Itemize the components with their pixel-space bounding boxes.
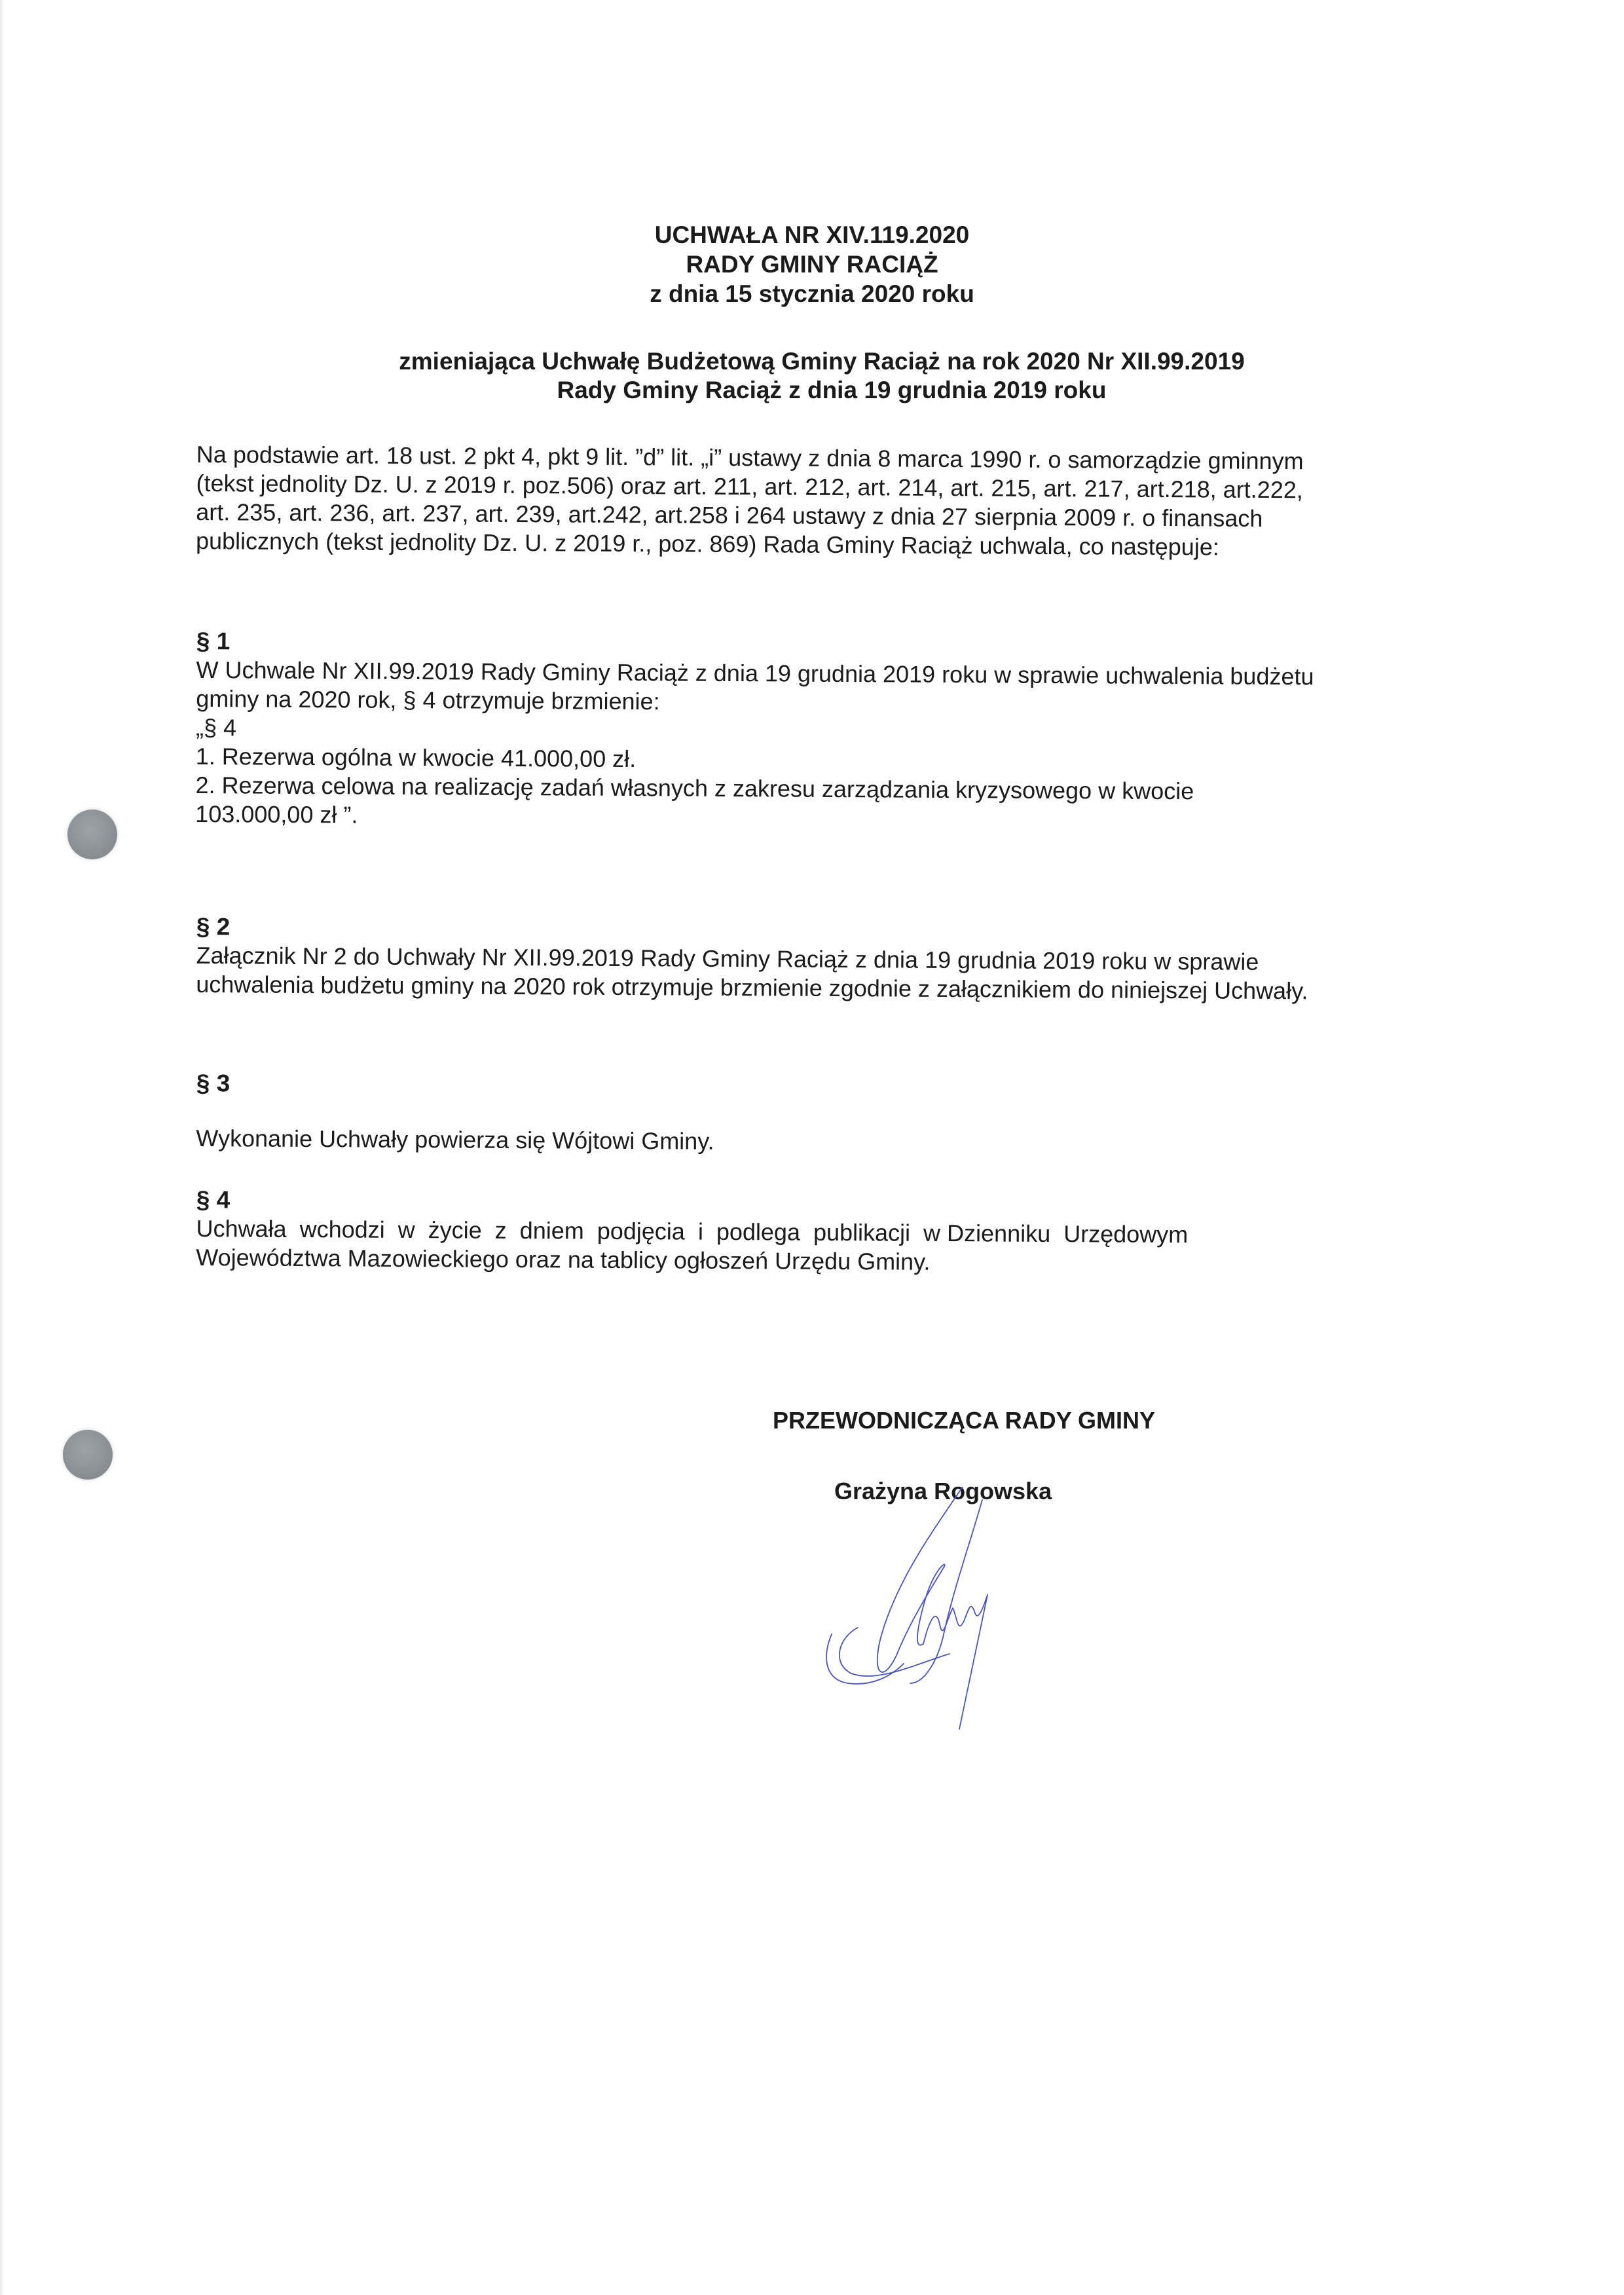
punch-hole xyxy=(63,1430,113,1480)
resolution-date: z dnia 15 stycznia 2020 roku xyxy=(0,279,1624,308)
section-3: § 3 Wykonanie Uchwały powierza się Wójto… xyxy=(196,1069,1526,1161)
document-subtitle: zmieniająca Uchwałę Budżetową Gminy Raci… xyxy=(0,347,1624,405)
section-4: § 4 Uchwała wchodzi w życie z dniem podj… xyxy=(196,1185,1526,1280)
council-name: RADY GMINY RACIĄŻ xyxy=(0,250,1624,279)
handwritten-signature xyxy=(819,1487,1094,1736)
document-header: UCHWAŁA NR XIV.119.2020 RADY GMINY RACIĄ… xyxy=(0,220,1624,308)
section-1: § 1 W Uchwale Nr XII.99.2019 Rady Gminy … xyxy=(195,627,1526,836)
subtitle-line: Rady Gminy Raciąż z dnia 19 grudnia 2019… xyxy=(0,376,1624,405)
preamble: Na podstawie art. 18 ust. 2 pkt 4, pkt 9… xyxy=(196,440,1526,563)
page-edge xyxy=(0,0,4,2295)
subtitle-line: zmieniająca Uchwałę Budżetową Gminy Raci… xyxy=(0,347,1624,376)
section-2: § 2 Załącznik Nr 2 do Uchwały Nr XII.99.… xyxy=(196,912,1526,1007)
resolution-number: UCHWAŁA NR XIV.119.2020 xyxy=(0,220,1624,250)
punch-hole xyxy=(67,810,117,859)
signatory-role: PRZEWODNICZĄCA RADY GMINY xyxy=(773,1407,1155,1434)
